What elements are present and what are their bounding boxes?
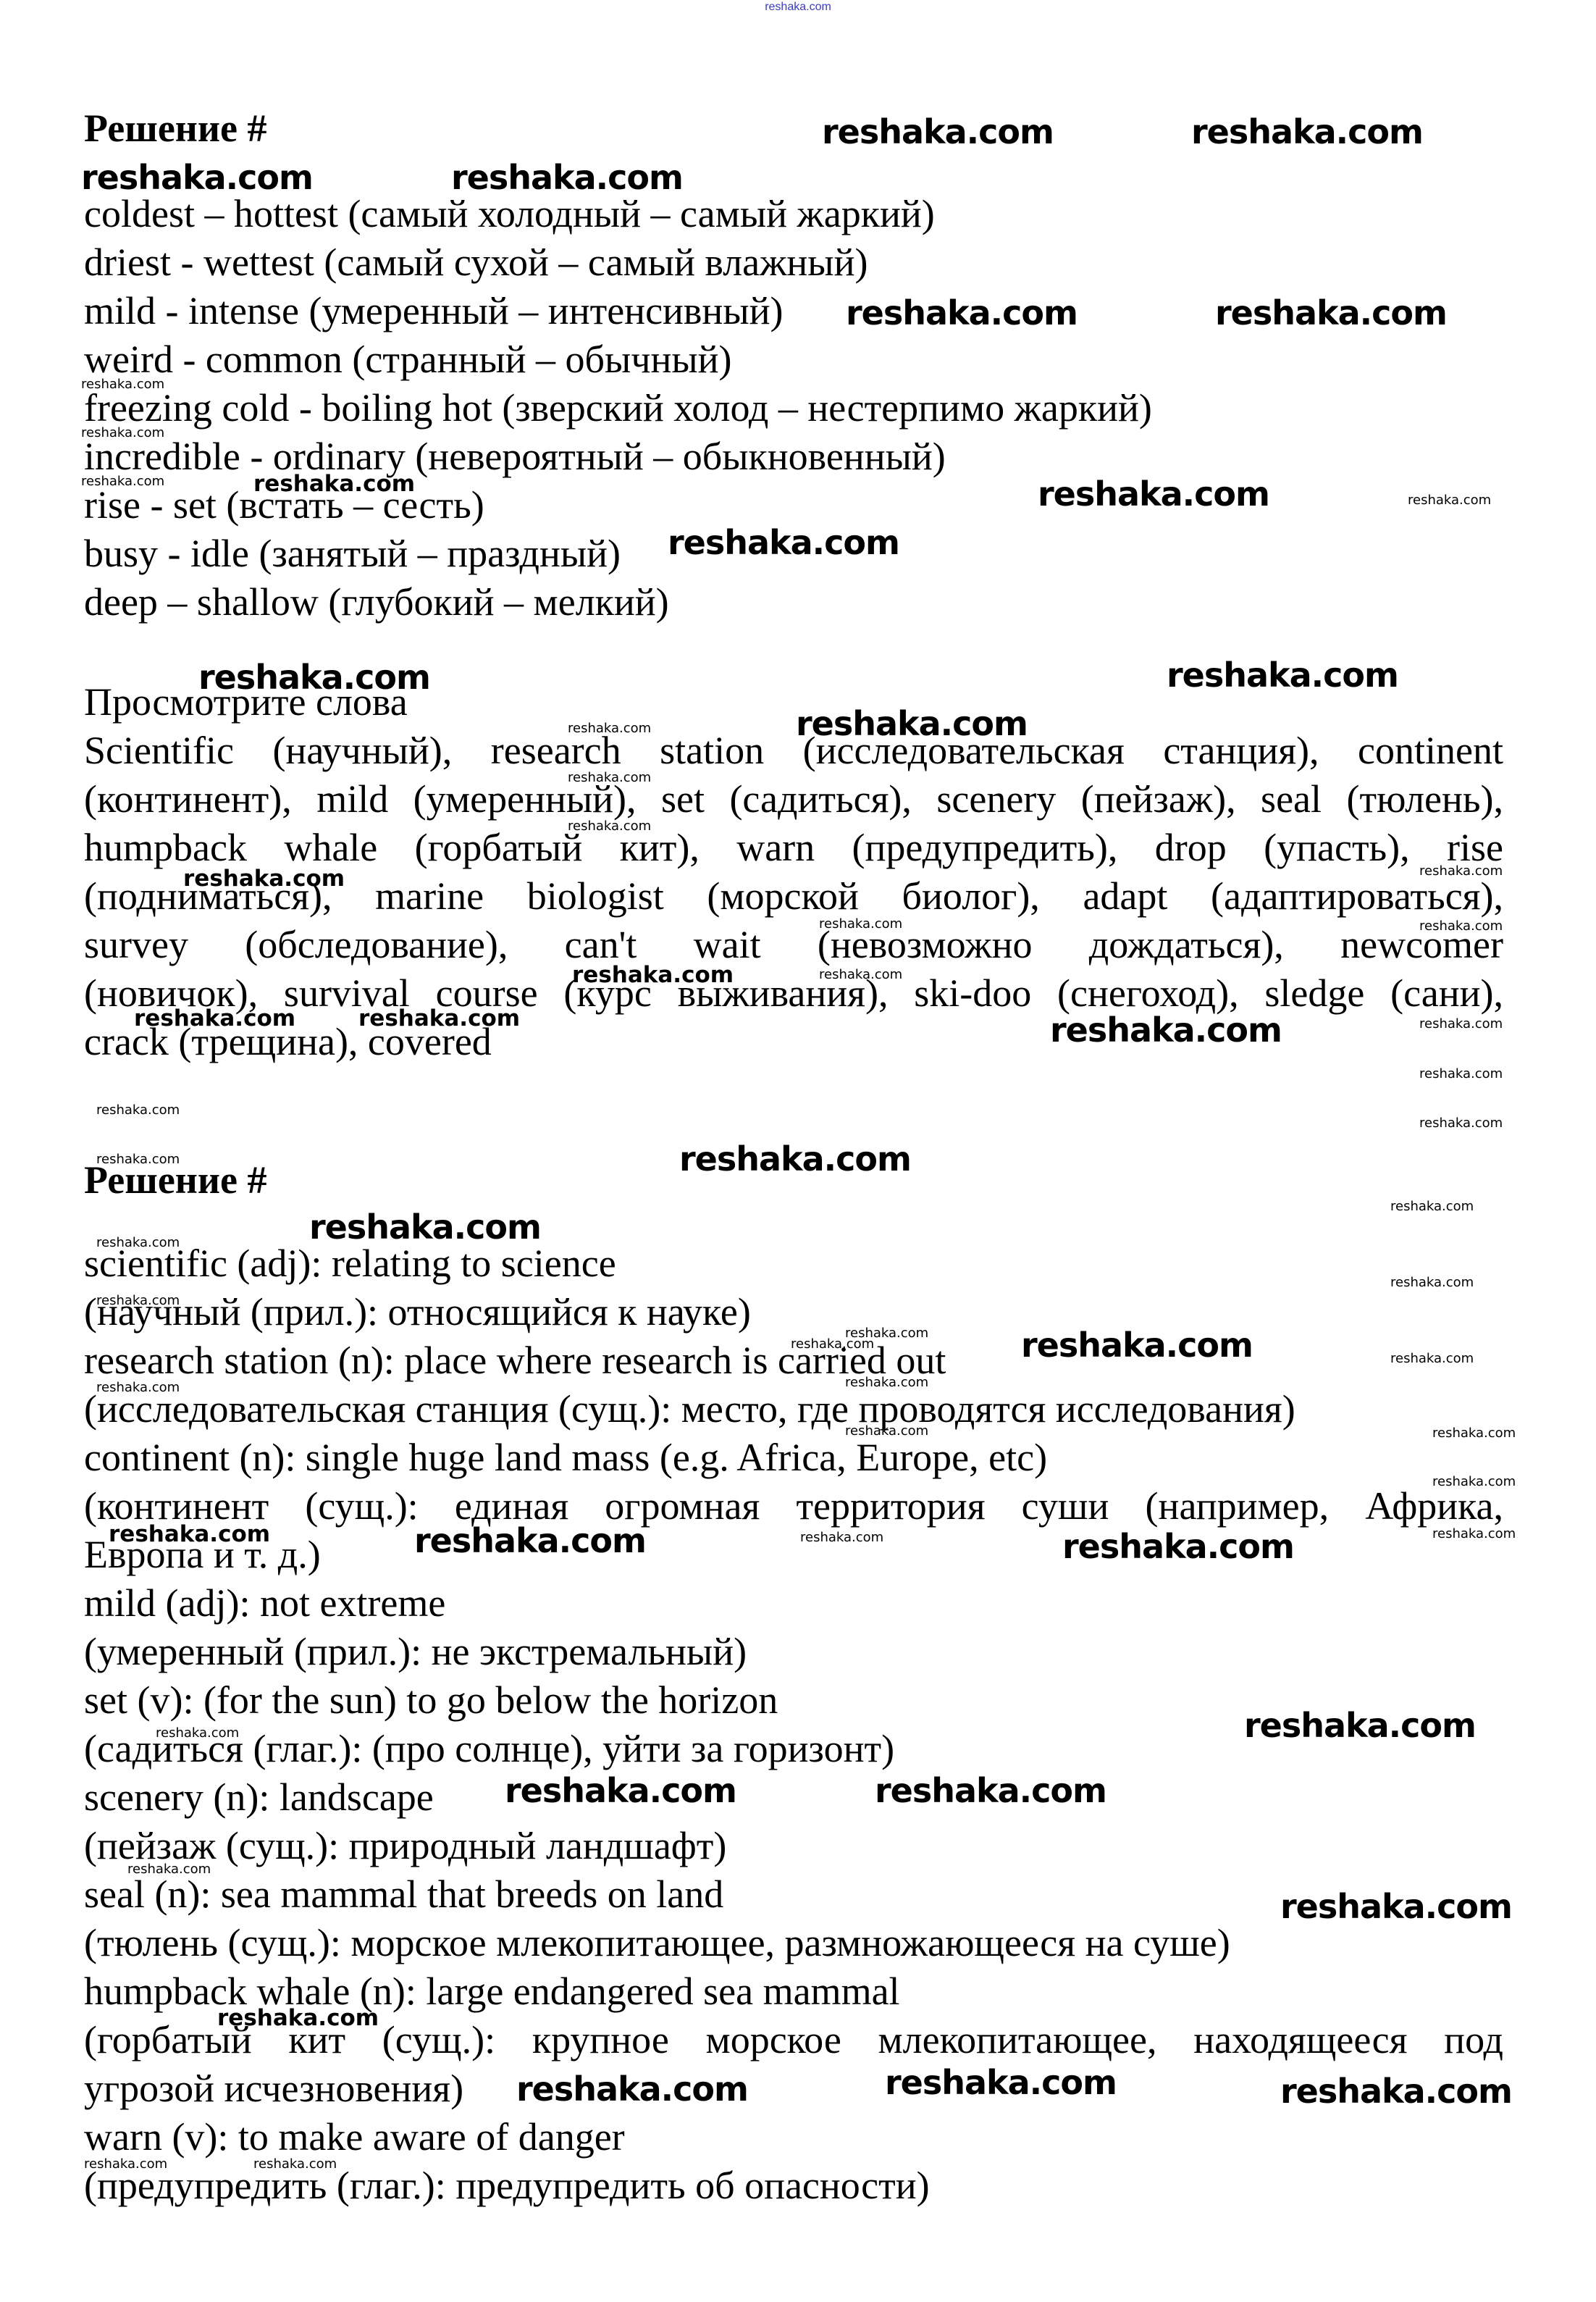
watermark: reshaka.com — [156, 1725, 239, 1741]
definition-translation-line: (тюлень (сущ.): морское млекопитающее, р… — [84, 1919, 1230, 1967]
watermark: reshaka.com — [800, 1530, 883, 1545]
watermark: reshaka.com — [1419, 1116, 1503, 1131]
watermark: reshaka.com — [81, 474, 164, 489]
watermark: reshaka.com — [822, 112, 1054, 151]
watermark: reshaka.com — [1408, 493, 1491, 508]
definition-line: humpback whale (n): large endangered sea… — [84, 1967, 900, 2015]
definition-line: mild (adj): not extreme — [84, 1579, 445, 1627]
watermark: reshaka.com — [96, 1235, 180, 1250]
watermark: reshaka.com — [796, 704, 1028, 743]
vocab-paragraph-line: (континент), mild (умеренный), set (сади… — [84, 775, 1503, 823]
header-watermark[interactable]: reshaka.com — [0, 0, 1596, 14]
watermark: reshaka.com — [1280, 1887, 1512, 1926]
antonym-line: freezing cold - boiling hot (зверский хо… — [84, 384, 1152, 432]
watermark: reshaka.com — [1419, 1066, 1503, 1081]
vocab-paragraph-line: humpback whale (горбатый кит), warn (пре… — [84, 824, 1503, 871]
definition-translation-line: (научный (прил.): относящийся к науке) — [84, 1288, 751, 1336]
watermark: reshaka.com — [1432, 1426, 1516, 1441]
definition-translation-line: (исследовательская станция (сущ.): место… — [84, 1385, 1295, 1433]
watermark: reshaka.com — [885, 2063, 1117, 2102]
watermark: reshaka.com — [568, 721, 651, 736]
watermark: reshaka.com — [1038, 474, 1269, 514]
definition-line: set (v): (for the sun) to go below the h… — [84, 1676, 778, 1724]
watermark: reshaka.com — [819, 967, 902, 982]
watermark: reshaka.com — [358, 1005, 520, 1031]
watermark: reshaka.com — [1390, 1351, 1474, 1366]
antonym-line: incredible - ordinary (невероятный – обы… — [84, 432, 946, 480]
watermark: reshaka.com — [505, 1771, 736, 1810]
vocab-paragraph-line: survey (обследование), can't wait (невоз… — [84, 921, 1503, 968]
watermark: reshaka.com — [1432, 1474, 1516, 1489]
watermark: reshaka.com — [1167, 656, 1398, 695]
watermark: reshaka.com — [253, 2156, 337, 2172]
definition-translation-line: угрозой исчезновения) — [84, 2064, 463, 2112]
watermark: reshaka.com — [81, 425, 164, 440]
watermark: reshaka.com — [81, 158, 313, 197]
definition-line: seal (n): sea mammal that breeds on land — [84, 1870, 723, 1918]
watermark: reshaka.com — [819, 916, 902, 932]
watermark: reshaka.com — [127, 1862, 211, 1877]
watermark: reshaka.com — [253, 471, 415, 497]
watermark: reshaka.com — [81, 377, 164, 392]
definition-line: continent (n): single huge land mass (e.… — [84, 1433, 1047, 1481]
watermark: reshaka.com — [134, 1005, 295, 1031]
watermark: reshaka.com — [1215, 293, 1447, 332]
watermark: reshaka.com — [451, 158, 683, 197]
watermark: reshaka.com — [1432, 1526, 1516, 1541]
definition-line: scenery (n): landscape — [84, 1773, 434, 1821]
definition-translation-line: (умеренный (прил.): не экстремальный) — [84, 1628, 747, 1675]
watermark: reshaka.com — [109, 1521, 270, 1547]
watermark: reshaka.com — [668, 523, 899, 562]
watermark: reshaka.com — [198, 658, 430, 697]
definition-translation-line: (предупредить (глаг.): предупредить об о… — [84, 2161, 930, 2209]
watermark: reshaka.com — [96, 1380, 180, 1395]
section1-heading: Решение # — [84, 104, 267, 152]
watermark: reshaka.com — [875, 1771, 1106, 1810]
watermark: reshaka.com — [309, 1207, 541, 1247]
watermark: reshaka.com — [1419, 918, 1503, 934]
watermark: reshaka.com — [572, 962, 734, 988]
antonym-line: weird - common (странный – обычный) — [84, 335, 732, 383]
antonym-line: busy - idle (занятый – праздный) — [84, 530, 621, 577]
vocab-paragraph-line: (новичок), survival course (курс выживан… — [84, 969, 1503, 1017]
watermark: reshaka.com — [1191, 112, 1423, 151]
watermark: reshaka.com — [217, 2005, 379, 2031]
antonym-line: driest - wettest (самый сухой – самый вл… — [84, 238, 868, 286]
watermark: reshaka.com — [1062, 1527, 1294, 1566]
definition-translation-line: (континент (сущ.): единая огромная терри… — [84, 1482, 1503, 1530]
watermark: reshaka.com — [1390, 1275, 1474, 1290]
watermark: reshaka.com — [846, 293, 1078, 332]
watermark: reshaka.com — [679, 1139, 911, 1179]
watermark: reshaka.com — [1390, 1199, 1474, 1214]
antonym-line: deep – shallow (глубокий – мелкий) — [84, 578, 669, 626]
watermark: reshaka.com — [414, 1521, 646, 1560]
vocab-paragraph-line: Scientific (научный), research station (… — [84, 727, 1503, 774]
watermark: reshaka.com — [1280, 2072, 1512, 2111]
watermark: reshaka.com — [84, 2156, 167, 2172]
watermark: reshaka.com — [96, 1293, 180, 1308]
watermark: reshaka.com — [183, 866, 345, 892]
antonym-line: mild - intense (умеренный – интенсивный) — [84, 287, 784, 335]
watermark: reshaka.com — [1021, 1326, 1253, 1365]
watermark: reshaka.com — [1244, 1706, 1476, 1745]
watermark: reshaka.com — [845, 1423, 928, 1439]
watermark: reshaka.com — [96, 1102, 180, 1118]
watermark: reshaka.com — [1050, 1010, 1282, 1050]
watermark: reshaka.com — [1419, 863, 1503, 879]
watermark: reshaka.com — [568, 819, 651, 834]
watermark: reshaka.com — [791, 1336, 874, 1352]
watermark: reshaka.com — [96, 1152, 180, 1167]
definition-line: warn (v): to make aware of danger — [84, 2113, 625, 2161]
watermark: reshaka.com — [516, 2069, 748, 2109]
watermark: reshaka.com — [845, 1375, 928, 1390]
watermark: reshaka.com — [568, 770, 651, 785]
watermark: reshaka.com — [1419, 1016, 1503, 1031]
